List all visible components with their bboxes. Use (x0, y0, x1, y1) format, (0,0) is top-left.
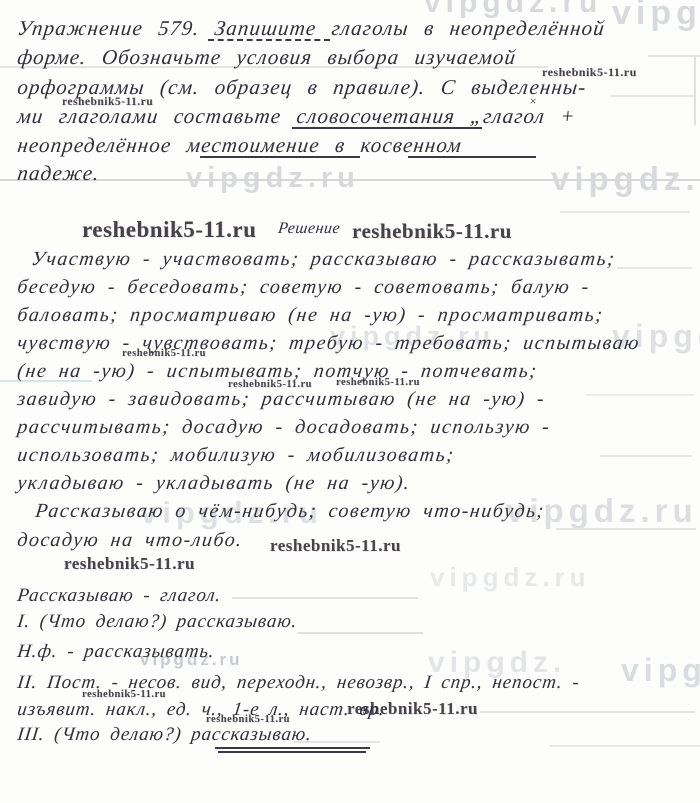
solution-line: баловать; просматриваю (не на -ую) - про… (16, 304, 605, 327)
solution-line: завидую - завидовать; рассчитываю (не на… (16, 388, 547, 411)
ruled-line (232, 597, 418, 599)
solution-line: чувствую - чувствовать; требую - требова… (16, 332, 641, 355)
vipgdz-ghost-watermark: vipgdz. (612, 0, 700, 33)
solution-line: Рассказываю о чём-нибудь; советую что-ни… (34, 500, 546, 523)
ruled-line (560, 211, 690, 213)
solution-line: Участвую - участвовать; рассказываю - ра… (30, 248, 617, 271)
ruled-line (0, 179, 700, 181)
ink-underline (408, 156, 536, 158)
solution-line: беседую - беседовать; советую - советова… (16, 276, 591, 299)
analysis-line: II. Пост. - несов. вид, переходн., невоз… (16, 672, 581, 694)
task-line: форме. Обозначьте условия выбора изучаем… (16, 45, 518, 70)
ruled-line (648, 55, 700, 57)
analysis-line: Н.ф. - рассказывать. (16, 641, 216, 663)
solution-line: использовать; мобилизую - мобилизовать; (16, 444, 456, 467)
ruled-line (480, 711, 695, 713)
ruled-line (586, 394, 694, 396)
vipgdz-ghost-watermark: vipgdz.ru (430, 562, 591, 593)
solution-line: укладываю - укладывать (не на -ую). (16, 472, 412, 495)
ink-underline (218, 751, 366, 753)
analysis-line: I. (Что делаю?) рассказываю. (16, 611, 299, 633)
ruled-line (617, 267, 692, 269)
solution-label: Решение (277, 220, 341, 238)
ink-underline (208, 39, 330, 41)
analysis-line: изъявит. накл., ед. ч., 1-е л., наст. вр… (16, 699, 386, 721)
reshebnik-watermark-large: reshebnik5-11.ru (352, 219, 512, 244)
task-line: ми глаголами составьте словосочетания „г… (16, 104, 577, 129)
analysis-line: Рассказываю - глагол. (16, 585, 223, 607)
ruled-line (694, 55, 696, 125)
ink-underline (292, 127, 482, 129)
task-line: Упражнение 579. Запишите глаголы в неопр… (16, 16, 607, 41)
solution-line: досадую на что-либо. (16, 529, 244, 552)
task-line: неопределённое местоимение в косвенном (16, 133, 463, 158)
ruled-line (556, 528, 696, 530)
ruled-line (600, 455, 692, 457)
vipgdz-ghost-watermark: vipgdz. (621, 652, 700, 689)
ruled-line (298, 632, 423, 634)
scanned-notebook-page: vipgdz.ru vipgdz. vipgdz.ru vipgdz. vipg… (0, 0, 700, 803)
reshebnik-watermark-large: reshebnik5-11.ru (82, 217, 256, 243)
solution-line: (не на -ую) - испытывать; потчую - потче… (16, 360, 539, 383)
ruled-line (610, 95, 695, 97)
task-line: падеже. (16, 161, 101, 186)
ink-underline (200, 156, 360, 158)
task-line: орфограммы (см. образец в правиле). С вы… (16, 75, 588, 100)
reshebnik-watermark-large: reshebnik5-11.ru (270, 536, 401, 556)
solution-line: рассчитывать; досадую - досадовать; испо… (16, 416, 552, 439)
ruled-line (550, 745, 700, 747)
ink-underline (215, 747, 370, 749)
reshebnik-watermark-large: reshebnik5-11.ru (64, 554, 195, 574)
analysis-line: III. (Что делаю?) рассказываю. (16, 724, 313, 746)
